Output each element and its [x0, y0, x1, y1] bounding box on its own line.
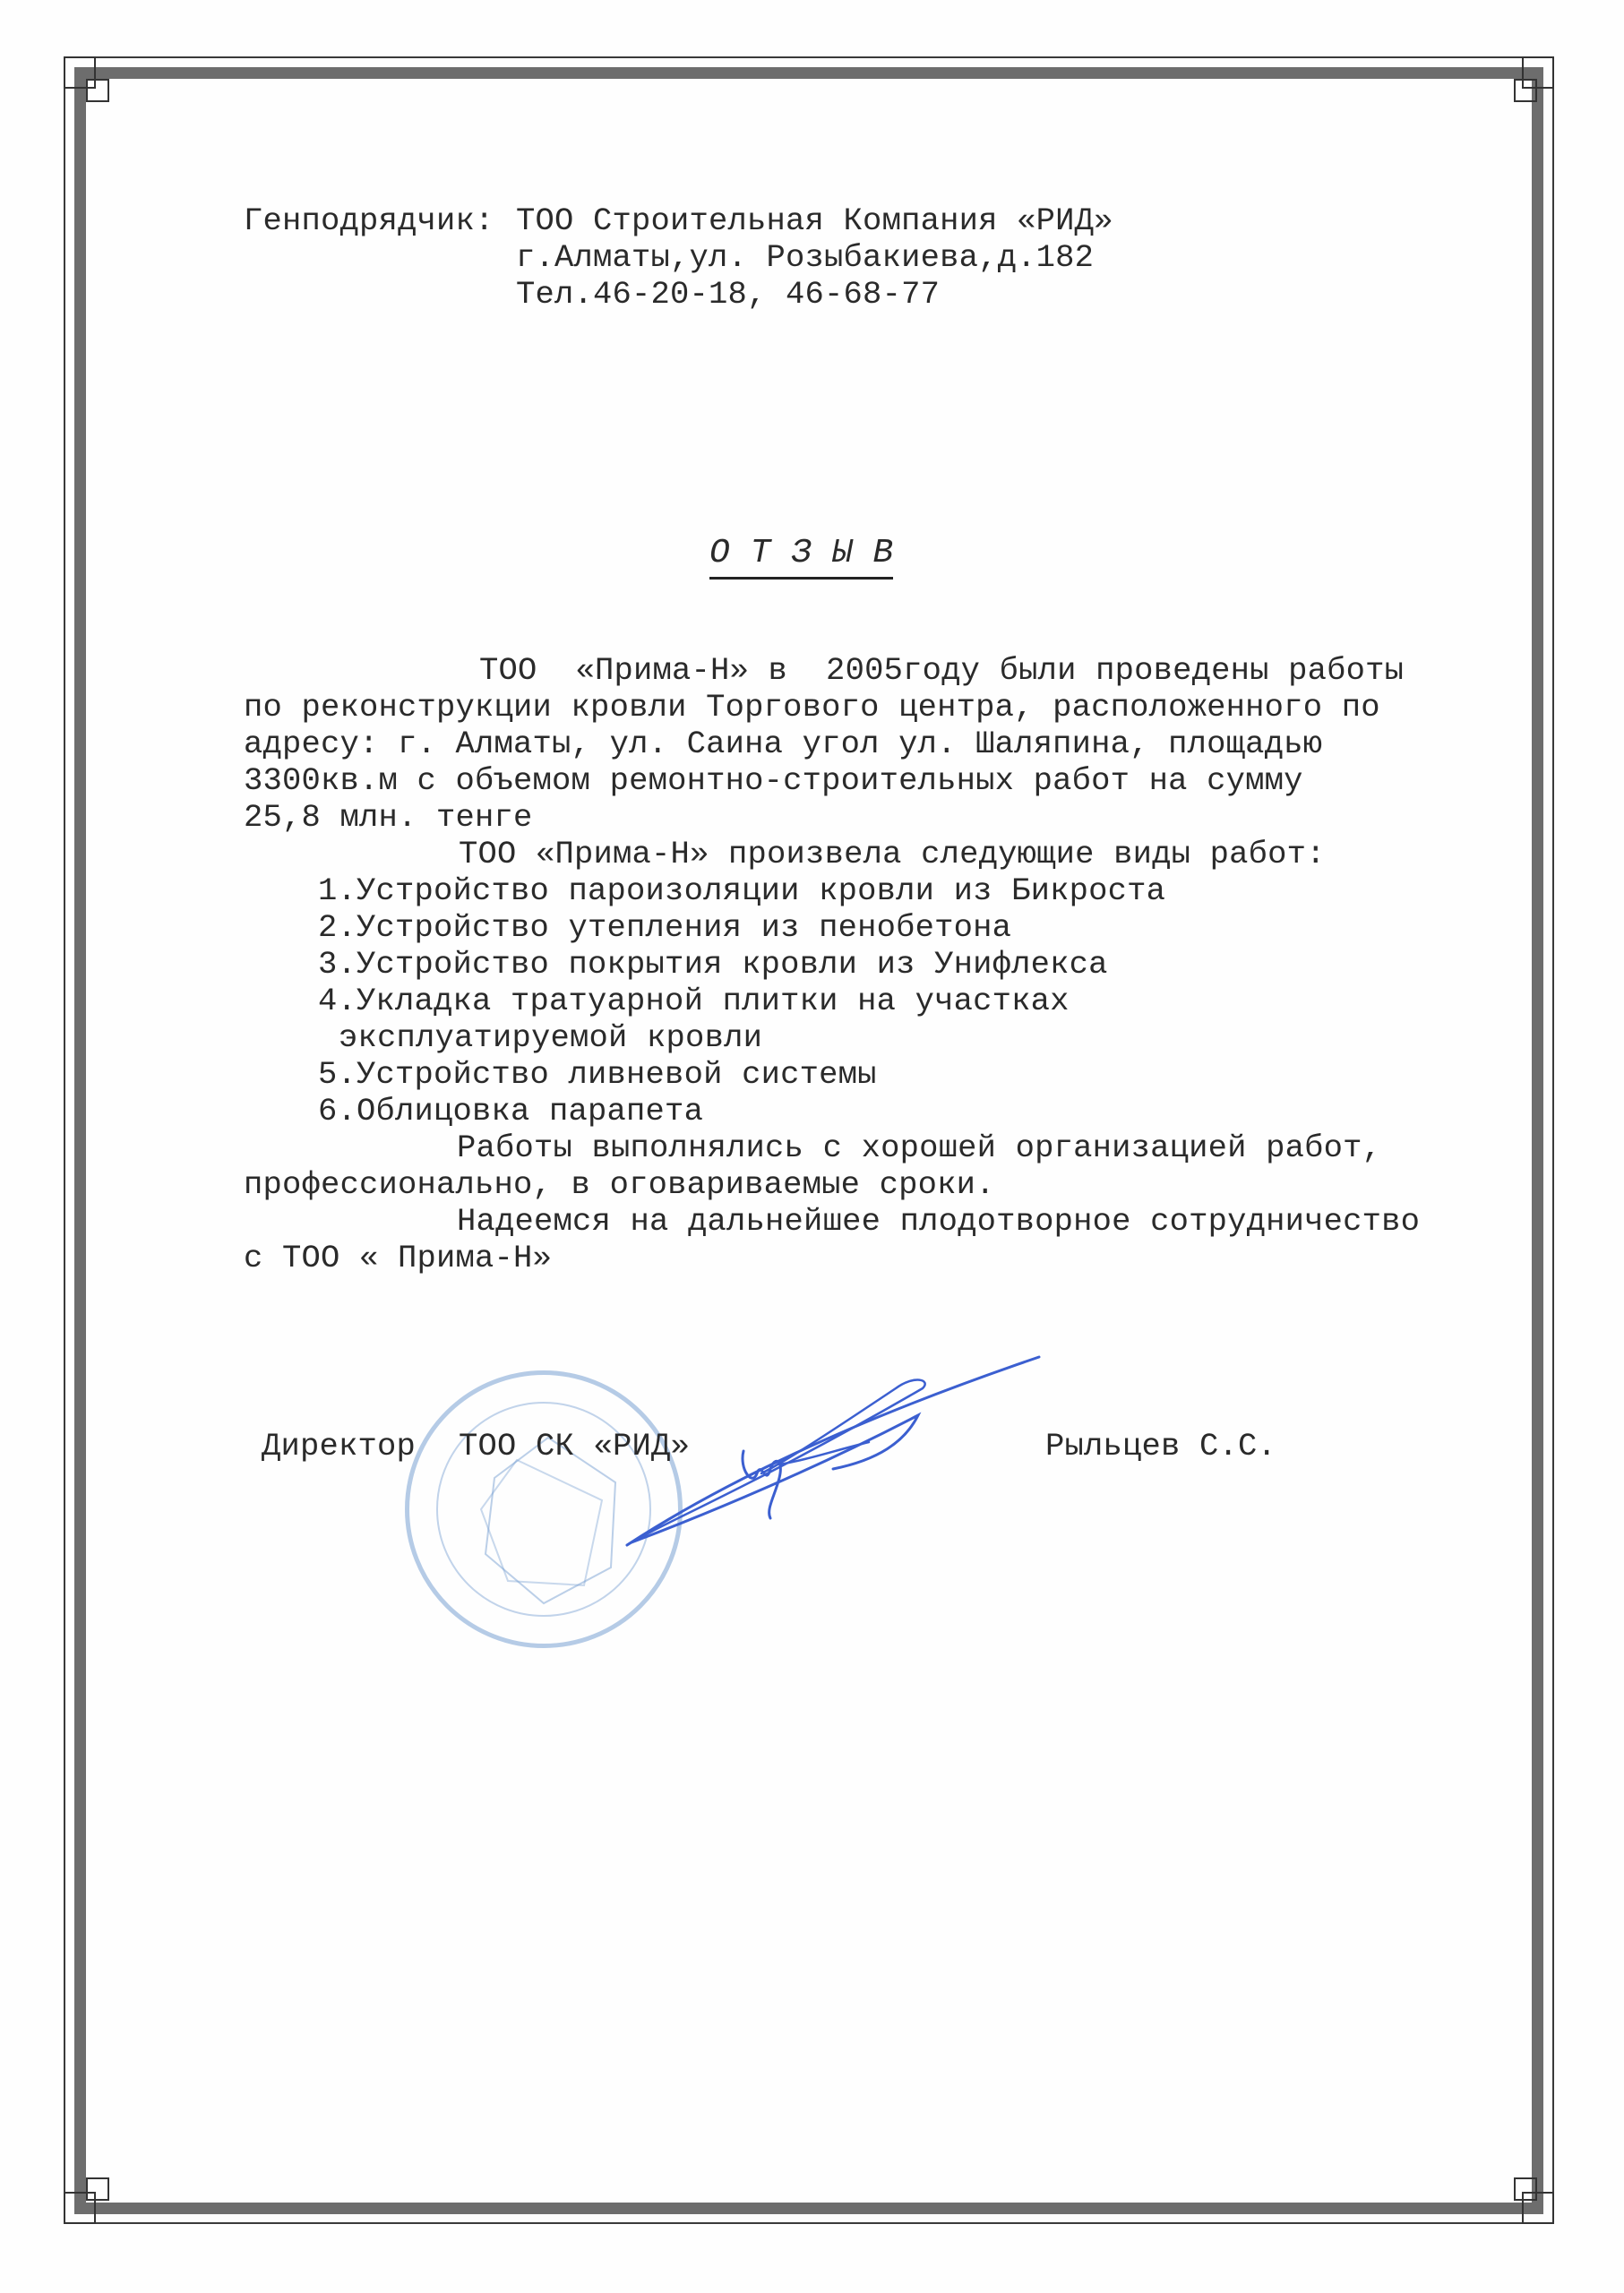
- paragraph-line: по реконструкции кровли Торгового центра…: [244, 689, 1380, 726]
- works-intro: ТОО «Прима-Н» произвела следующие виды р…: [459, 836, 1326, 872]
- corner-ornament-inner: [86, 79, 109, 102]
- paragraph-line: с ТОО « Прима-Н»: [244, 1240, 552, 1276]
- corner-ornament-inner: [1514, 79, 1537, 102]
- paragraph-line: ТОО «Прима-Н» в 2005году были проведены …: [479, 652, 1404, 689]
- header-address: г.Алматы,ул. Розыбакиева,д.182: [516, 239, 1094, 276]
- corner-ornament-inner: [86, 2177, 109, 2201]
- works-list-item-continuation: эксплуатируемой кровли: [339, 1019, 762, 1056]
- works-list-item: 6.Облицовка парапета: [318, 1093, 703, 1129]
- signatory-position: Директор: [262, 1428, 416, 1464]
- works-list-item: 4.Укладка тратуарной плитки на участках: [318, 983, 1070, 1019]
- works-list-item: 5.Устройство ливневой системы: [318, 1056, 877, 1093]
- corner-ornament-inner: [1514, 2177, 1537, 2201]
- document-title: О Т З Ы В: [709, 534, 893, 580]
- paragraph-line: Работы выполнялись с хорошей организацие…: [457, 1129, 1381, 1166]
- header-company: ТОО Строительная Компания «РИД»: [516, 202, 1113, 239]
- paragraph-line: профессионально, в оговариваемые сроки.: [244, 1166, 995, 1203]
- paragraph-line: адресу: г. Алматы, ул. Саина угол ул. Ша…: [244, 726, 1322, 762]
- header-phone: Тел.46-20-18, 46-68-77: [516, 276, 940, 313]
- signatory-company: ТОО СК «РИД»: [459, 1428, 690, 1464]
- header-label: Генподрядчик:: [244, 202, 494, 239]
- works-list-item: 3.Устройство покрытия кровли из Унифлекс…: [318, 946, 1108, 983]
- paragraph-line: 25,8 млн. тенге: [244, 799, 533, 836]
- paragraph-line: Надеемся на дальнейшее плодотворное сотр…: [457, 1203, 1420, 1240]
- signatory-name: Рыльцев С.С.: [1045, 1428, 1276, 1464]
- document-page: Генподрядчик: ТОО Строительная Компания …: [0, 0, 1624, 2293]
- works-list-item: 2.Устройство утепления из пенобетона: [318, 909, 1011, 946]
- paragraph-line: 3300кв.м с объемом ремонтно-строительных…: [244, 762, 1303, 799]
- works-list-item: 1.Устройство пароизоляции кровли из Бикр…: [318, 872, 1165, 909]
